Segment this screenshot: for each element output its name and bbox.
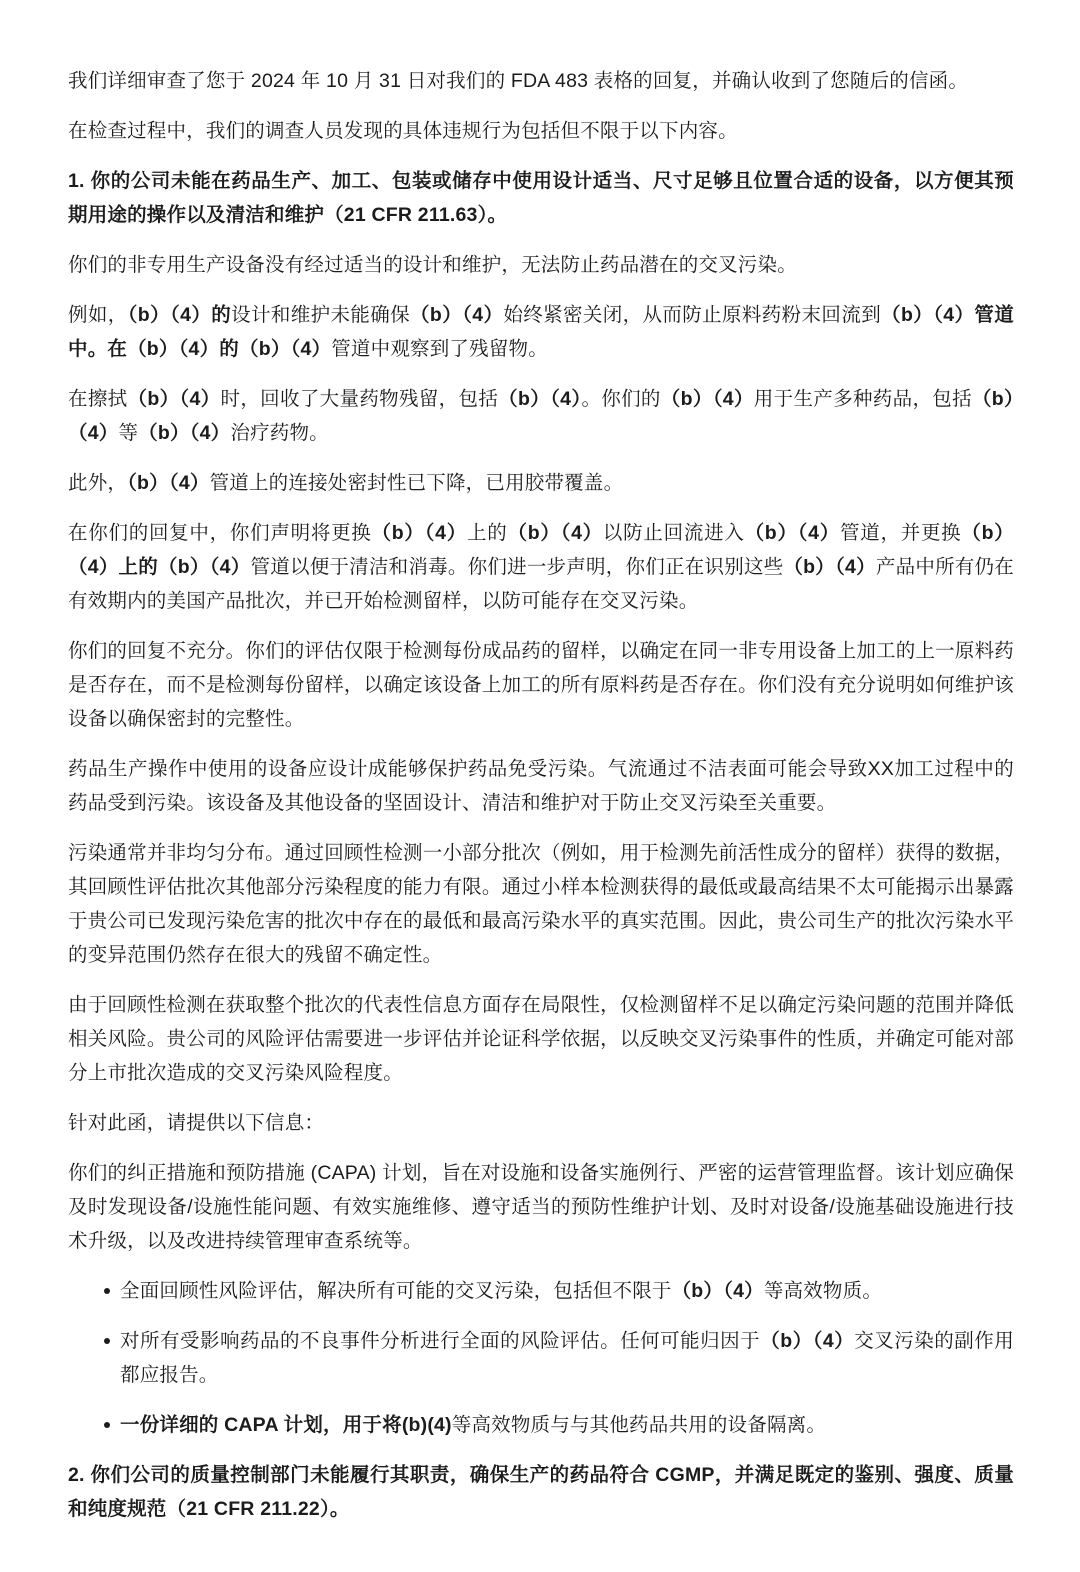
text-segment: 设计和维护未能确保	[231, 304, 410, 326]
text-segment: 管道以便于清洁和消毒。你们进一步声明，你们正在识别这些	[250, 556, 783, 578]
text-segment: 在检查过程中，我们的调查人员发现的具体违规行为包括但不限于以下内容。	[68, 120, 738, 142]
text-segment: 对所有受影响药品的不良事件分析进行全面的风险评估。任何可能归因于	[120, 1330, 760, 1352]
page: 我们详细审查了您于 2024 年 10 月 31 日对我们的 FDA 483 表…	[0, 0, 1080, 1572]
text-segment: 你们的回复不充分。你们的评估仅限于检测每份成品药的留样，以确定在同一非专用设备上…	[68, 640, 1014, 730]
bullet-item: 对所有受影响药品的不良事件分析进行全面的风险评估。任何可能归因于（b）（4）交叉…	[104, 1324, 1014, 1392]
bullet-item: 全面回顾性风险评估，解决所有可能的交叉污染，包括但不限于（b）（4）等高效物质。	[104, 1274, 1014, 1308]
text-segment: 以防止回流进入	[603, 522, 745, 544]
paragraph: 在你们的回复中，你们声明将更换（b）（4）上的（b）（4）以防止回流进入（b）（…	[68, 516, 1014, 618]
paragraph: 在检查过程中，我们的调查人员发现的具体违规行为包括但不限于以下内容。	[68, 114, 1014, 148]
bold-text-segment: （b）（4）	[672, 1280, 764, 1302]
paragraph: 例如，（b）（4）的设计和维护未能确保（b）（4）始终紧密关闭，从而防止原料药粉…	[68, 298, 1014, 366]
bold-text-segment: （b）（4）	[410, 304, 503, 326]
bold-text-segment: （b）（4）	[128, 388, 221, 410]
text-segment: 等	[118, 422, 138, 444]
paragraph: 你们的纠正措施和预防措施 (CAPA) 计划，旨在对设施和设备实施例行、严密的运…	[68, 1156, 1014, 1258]
bold-text-segment: （b）（4）	[745, 522, 840, 544]
bold-text-segment: 1. 你的公司未能在药品生产、加工、包装或储存中使用设计适当、尺寸足够且位置合适…	[68, 170, 1014, 226]
text-segment: 等高效物质与与其他药品共用的设备隔离。	[452, 1414, 826, 1436]
bold-text-segment: （b）（4）	[138, 422, 230, 444]
bold-text-segment: （b）（4）	[760, 1330, 854, 1352]
text-segment: 时，回收了大量药物残留，包括	[221, 388, 499, 410]
paragraph: 药品生产操作中使用的设备应设计成能够保护药品免受污染。气流通过不洁表面可能会导致…	[68, 752, 1014, 820]
bold-text-segment: （b）（4）	[661, 388, 754, 410]
text-segment: 我们详细审查了您于 2024 年 10 月 31 日对我们的 FDA 483 表…	[68, 70, 968, 92]
text-segment: 上的	[467, 522, 507, 544]
text-segment: 治疗药物。	[230, 422, 329, 444]
text-segment: 药品生产操作中使用的设备应设计成能够保护药品免受污染。气流通过不洁表面可能会导致…	[68, 758, 1014, 814]
bold-text-segment: 一份详细的 CAPA 计划，用于将(b)(4)	[120, 1414, 452, 1436]
bold-text-segment: （b）（4）	[507, 522, 602, 544]
bold-text-segment: （b）（4）	[783, 556, 875, 578]
text-segment: 用于生产多种药品，包括	[754, 388, 972, 410]
text-segment: 你们的非专用生产设备没有经过适当的设计和维护，无法防止药品潜在的交叉污染。	[68, 254, 797, 276]
text-segment: 你们的纠正措施和预防措施 (CAPA) 计划，旨在对设施和设备实施例行、严密的运…	[68, 1162, 1014, 1252]
paragraph: 在擦拭（b）（4）时，回收了大量药物残留，包括（b）（4）。你们的（b）（4）用…	[68, 382, 1014, 450]
paragraph: 由于回顾性检测在获取整个批次的代表性信息方面存在局限性，仅检测留样不足以确定污染…	[68, 988, 1014, 1090]
text-segment: 管道，并更换	[840, 522, 961, 544]
paragraph: 针对此函，请提供以下信息：	[68, 1106, 1014, 1140]
text-segment: 在擦拭	[68, 388, 128, 410]
bold-text-segment: （b）（4）	[372, 522, 467, 544]
bold-text-segment: 2. 你们公司的质量控制部门未能履行其职责，确保生产的药品符合 CGMP，并满足…	[68, 1464, 1014, 1520]
text-segment: 此外，	[68, 472, 127, 494]
bold-text-segment: （b）（4）的	[128, 304, 231, 326]
paragraph: 此外，（b）（4）管道上的连接处密封性已下降，已用胶带覆盖。	[68, 466, 1014, 500]
text-segment: 全面回顾性风险评估，解决所有可能的交叉污染，包括但不限于	[120, 1280, 672, 1302]
paragraph: 污染通常并非均匀分布。通过回顾性检测一小部分批次（例如，用于检测先前活性成分的留…	[68, 836, 1014, 972]
text-segment: 污染通常并非均匀分布。通过回顾性检测一小部分批次（例如，用于检测先前活性成分的留…	[68, 842, 1014, 966]
paragraph: 你们的回复不充分。你们的评估仅限于检测每份成品药的留样，以确定在同一非专用设备上…	[68, 634, 1014, 736]
text-segment: 始终紧密关闭，从而防止原料药粉末回流到	[503, 304, 881, 326]
text-segment: 管道上的连接处密封性已下降，已用胶带覆盖。	[210, 472, 624, 494]
text-segment: 由于回顾性检测在获取整个批次的代表性信息方面存在局限性，仅检测留样不足以确定污染…	[68, 994, 1014, 1084]
text-segment: 。你们的	[581, 388, 660, 410]
text-segment: 管道中观察到了残留物。	[331, 338, 548, 360]
violation-heading: 2. 你们公司的质量控制部门未能履行其职责，确保生产的药品符合 CGMP，并满足…	[68, 1458, 1014, 1526]
bold-text-segment: （b）（4）	[498, 388, 581, 410]
paragraph: 你们的非专用生产设备没有经过适当的设计和维护，无法防止药品潜在的交叉污染。	[68, 248, 1014, 282]
bullet-item: 一份详细的 CAPA 计划，用于将(b)(4)等高效物质与与其他药品共用的设备隔…	[104, 1408, 1014, 1442]
bullet-list: 全面回顾性风险评估，解决所有可能的交叉污染，包括但不限于（b）（4）等高效物质。…	[68, 1274, 1014, 1442]
text-segment: 例如，	[68, 304, 128, 326]
violation-heading: 1. 你的公司未能在药品生产、加工、包装或储存中使用设计适当、尺寸足够且位置合适…	[68, 164, 1014, 232]
bold-text-segment: （b）（4）	[127, 472, 209, 494]
paragraph: 我们详细审查了您于 2024 年 10 月 31 日对我们的 FDA 483 表…	[68, 64, 1014, 98]
text-segment: 等高效物质。	[764, 1280, 882, 1302]
document-body: 我们详细审查了您于 2024 年 10 月 31 日对我们的 FDA 483 表…	[68, 64, 1014, 1526]
text-segment: 针对此函，请提供以下信息：	[68, 1112, 324, 1134]
text-segment: 在你们的回复中，你们声明将更换	[68, 522, 372, 544]
